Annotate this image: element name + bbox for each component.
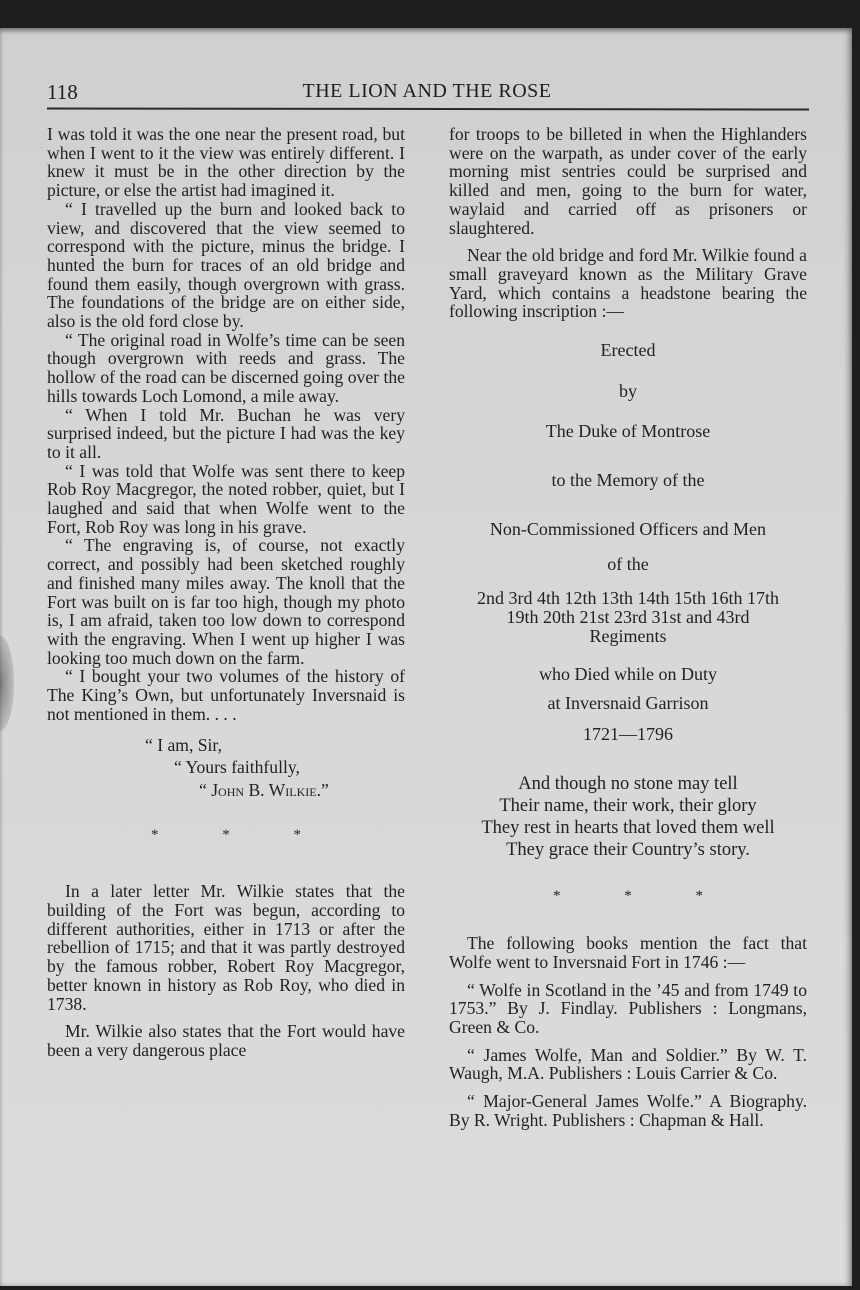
right-column: for troops to be billeted in when the Hi… — [449, 125, 807, 1130]
book-reference: “ Major-General James Wolfe.” A Biograph… — [449, 1092, 807, 1129]
paragraph: “ The engraving is, of course, not exact… — [47, 536, 405, 667]
signoff-salutation: “ I am, Sir, — [47, 736, 405, 755]
section-separator: * * * — [47, 826, 405, 845]
paragraph: “ The original road in Wolfe’s time can … — [47, 331, 405, 406]
inscription-line: of the — [449, 555, 807, 574]
memorial-poem: And though no stone may tell Their name,… — [449, 773, 807, 861]
paragraph: Mr. Wilkie also states that the Fort wou… — [47, 1022, 405, 1059]
paragraph: “ I bought your two volumes of the histo… — [47, 667, 405, 723]
paragraph: In a later letter Mr. Wilkie states that… — [47, 882, 405, 1013]
poem-line: And though no stone may tell — [449, 773, 807, 795]
inscription-line: at Inversnaid Garrison — [449, 694, 807, 713]
paragraph: “ I was told that Wolfe was sent there t… — [47, 462, 405, 537]
poem-line: They rest in hearts that loved them well — [449, 817, 807, 839]
inscription-line: to the Memory of the — [449, 471, 807, 490]
binding-shadow — [0, 636, 14, 731]
inscription-line: Non-Commissioned Officers and Men — [449, 520, 807, 539]
inscription-line: who Died while on Duty — [449, 665, 807, 684]
books-intro: The following books mention the fact tha… — [449, 934, 807, 971]
paragraph: for troops to be billeted in when the Hi… — [449, 125, 807, 237]
inscription-line: Regiments — [449, 627, 807, 646]
signoff-closing: “ Yours faithfully, — [47, 758, 405, 777]
inscription-regiments: 19th 20th 21st 23rd 31st and 43rd — [449, 608, 807, 627]
running-title: THE LION AND THE ROSE — [47, 80, 807, 103]
poem-line: Their name, their work, their glory — [449, 795, 807, 817]
inscription-line: Erected — [449, 341, 807, 360]
left-column: I was told it was the one near the prese… — [47, 125, 405, 1060]
headstone-inscription: Erected by The Duke of Montrose to the M… — [449, 321, 807, 743]
poem-line: They grace their Country’s story. — [449, 839, 807, 861]
book-reference: “ James Wolfe, Man and Soldier.” By W. T… — [449, 1046, 807, 1083]
paragraph: Near the old bridge and ford Mr. Wilkie … — [449, 246, 807, 321]
section-separator: * * * — [449, 887, 807, 906]
book-reference: “ Wolfe in Scotland in the ’45 and from … — [449, 981, 807, 1037]
paragraph: I was told it was the one near the prese… — [47, 125, 405, 200]
signoff-name: “ John B. Wilkie.” — [47, 781, 405, 800]
paragraph: “ I travelled up the burn and looked bac… — [47, 200, 405, 331]
paragraph: “ When I told Mr. Buchan he was very sur… — [47, 406, 405, 462]
inscription-dates: 1721—1796 — [449, 725, 807, 744]
running-head: 118 THE LION AND THE ROSE — [47, 80, 807, 108]
inscription-line: by — [449, 382, 807, 401]
inscription-line: The Duke of Montrose — [449, 422, 807, 441]
inscription-regiments: 2nd 3rd 4th 12th 13th 14th 15th 16th 17t… — [449, 589, 807, 608]
